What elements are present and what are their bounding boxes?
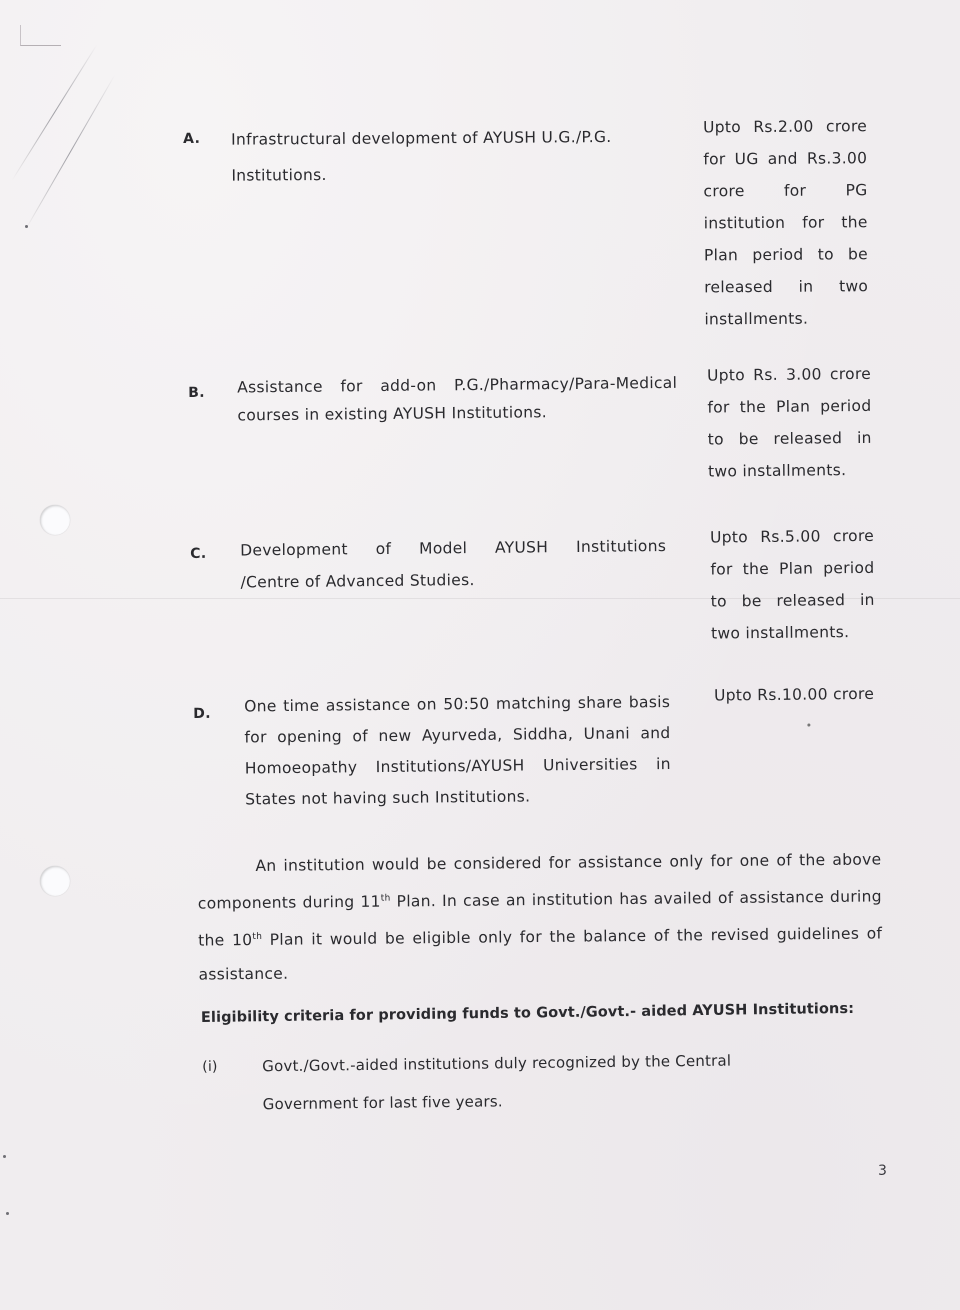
ordinal-suffix: th [252,932,262,942]
component-description: Infrastructural development of AYUSH U.G… [231,119,671,194]
component-amount: Upto Rs.2.00 crore for UG and Rs.3.00 cr… [703,110,869,335]
component-letter: A. [183,131,200,147]
component-amount: Upto Rs. 3.00 crore for the Plan period … [707,358,872,488]
component-letter: B. [188,385,205,401]
component-description: One time assistance on 50:50 matching sh… [244,687,671,815]
assistance-paragraph: An institution would be considered for a… [197,842,882,991]
description-line: Development of Model AYUSH Institutions [240,530,666,566]
component-letter: D. [193,706,211,722]
ink-speck [25,225,28,228]
description-line: /Centre of Advanced Studies. [240,571,474,591]
component-amount: Upto Rs.10.00 crore [714,678,894,712]
corner-mark [20,25,61,46]
component-letter: C. [190,546,206,562]
component-description: Assistance for add-on P.G./Pharmacy/Para… [237,369,678,430]
criteria-text: Govt./Govt.-aided institutions duly reco… [262,1040,823,1123]
criteria-number: (i) [202,1059,218,1075]
punch-hole-icon [40,866,70,896]
component-amount: Upto Rs.5.00 crore for the Plan period t… [710,520,875,650]
ink-dot [807,724,810,727]
ordinal-suffix: th [381,894,391,904]
punch-hole-icon [40,505,70,535]
ink-speck [6,1212,9,1215]
paragraph-text: Plan it would be eligible only for the b… [198,924,882,983]
ink-speck [3,1155,6,1158]
page-number: 3 [878,1163,887,1179]
component-description: Development of Model AYUSH Institutions … [240,530,667,598]
